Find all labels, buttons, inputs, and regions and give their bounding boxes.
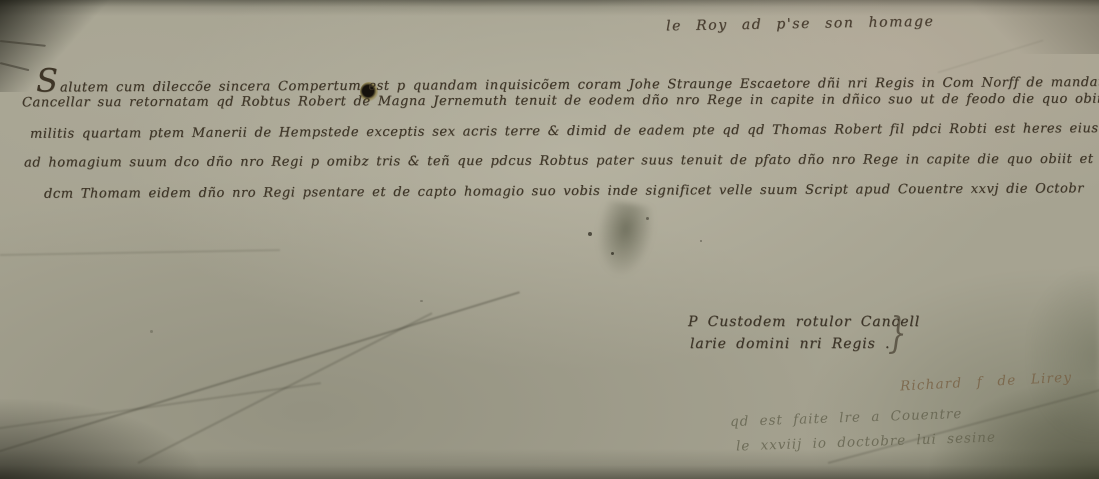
right-edge-discoloration <box>1029 270 1099 440</box>
body-line: ad homagium suum dco dño nro Regi p omib… <box>24 150 1099 170</box>
manuscript-photo: le Roy ad p'se son homage Salutem cum di… <box>0 0 1099 479</box>
docket-note-line: qd est faite lre a Couentre <box>730 406 963 430</box>
body-line: militis quartam ptem Manerii de Hempsted… <box>30 119 1099 141</box>
ink-speck <box>700 240 702 242</box>
body-line: dcm Thomam eidem dño nro Regi psentare e… <box>44 181 1084 201</box>
address-line: larie domini nri Regis . <box>690 336 890 352</box>
chancery-bracket: } <box>888 308 907 357</box>
address-line: P Custodem rotulor Cancell <box>688 314 920 330</box>
endorsement-docket: le Roy ad p'se son homage <box>666 14 935 35</box>
crease-line <box>138 312 433 464</box>
fold-line <box>0 249 280 256</box>
ink-speck <box>420 300 423 302</box>
ink-stain <box>591 199 658 281</box>
ink-speck <box>646 217 649 220</box>
ink-speck <box>588 232 592 236</box>
ink-speck <box>611 252 614 255</box>
corner-shadow-bottom-left <box>0 399 200 479</box>
ink-speck <box>150 330 153 333</box>
